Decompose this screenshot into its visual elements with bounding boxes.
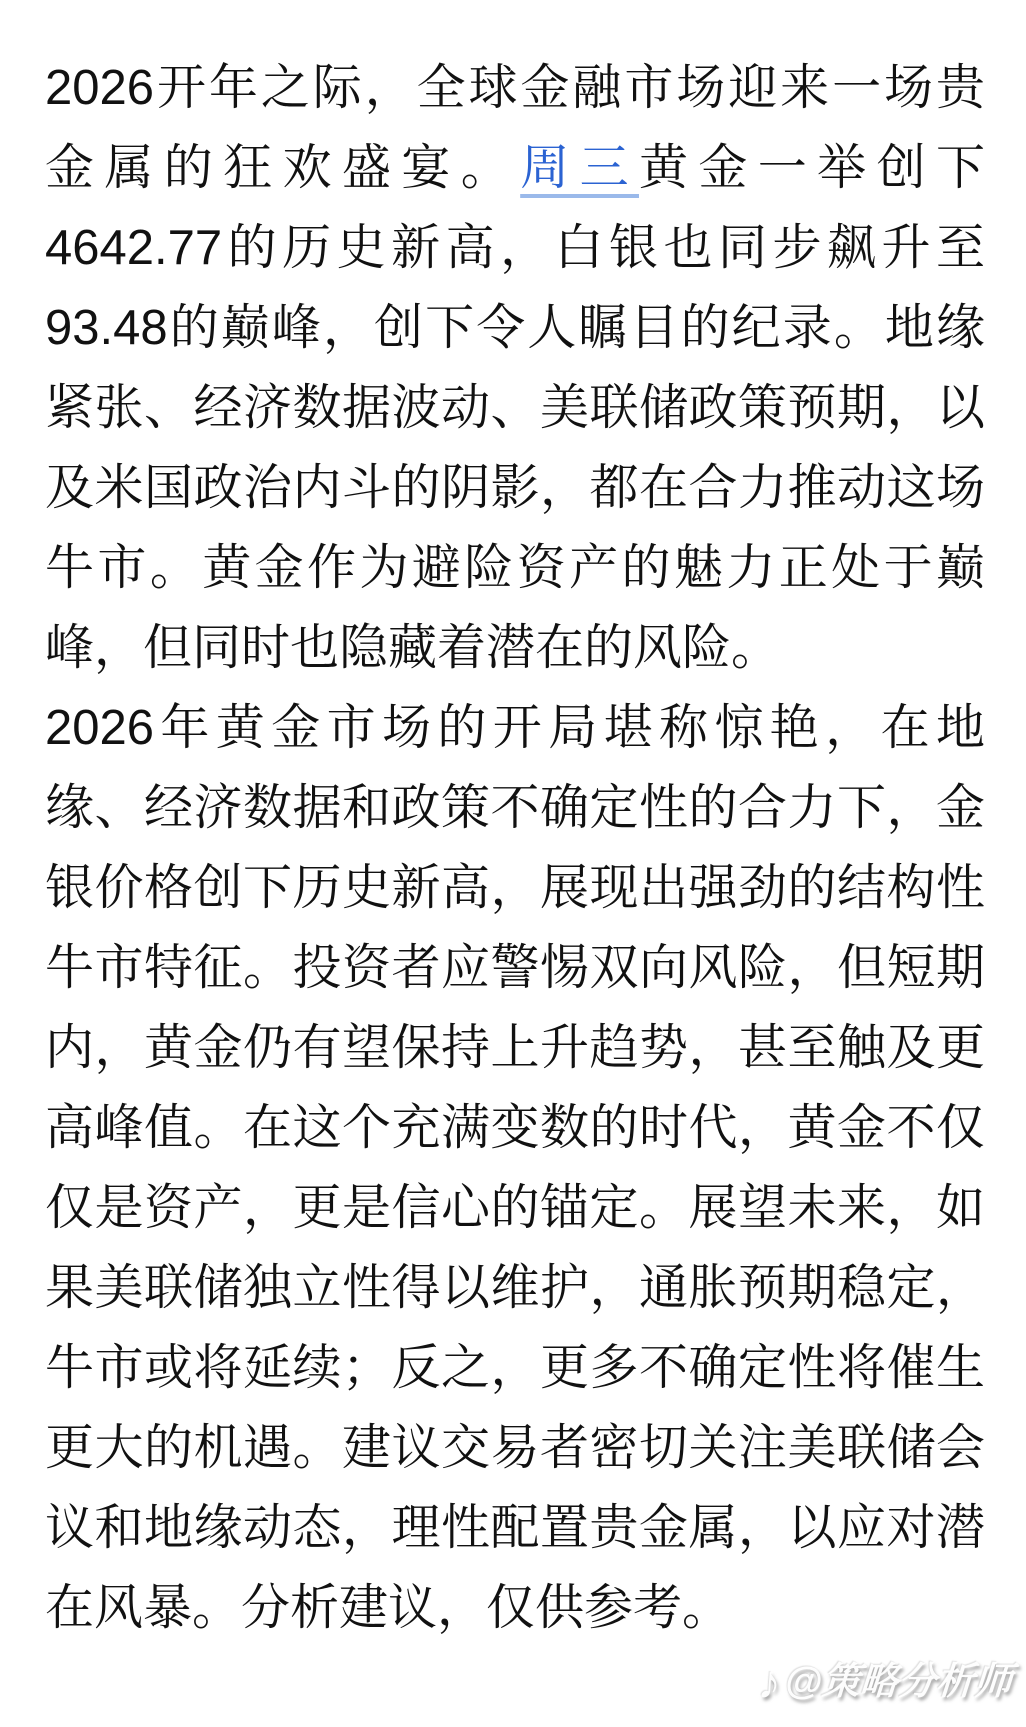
article-body: 2026开年之际，全球金融市场迎来一场贵金属的狂欢盛宴。周三黄金一举创下4642…: [45, 48, 985, 1648]
paragraph-2: 2026年黄金市场的开局堪称惊艳，在地缘、经济数据和政策不确定性的合力下，金银价…: [45, 688, 985, 1648]
watermark: ♪ @策略分析师: [756, 1659, 1013, 1705]
watermark-handle: @策略分析师: [783, 1659, 1013, 1705]
paragraph-1: 2026开年之际，全球金融市场迎来一场贵金属的狂欢盛宴。周三黄金一举创下4642…: [45, 48, 985, 688]
link-zhousan[interactable]: 周三: [520, 141, 639, 195]
music-note-icon: ♪: [756, 1659, 782, 1705]
paragraph-1-text-after-link: 黄金一举创下4642.77的历史新高，白银也同步飙升至93.48的巅峰，创下令人…: [45, 141, 985, 675]
